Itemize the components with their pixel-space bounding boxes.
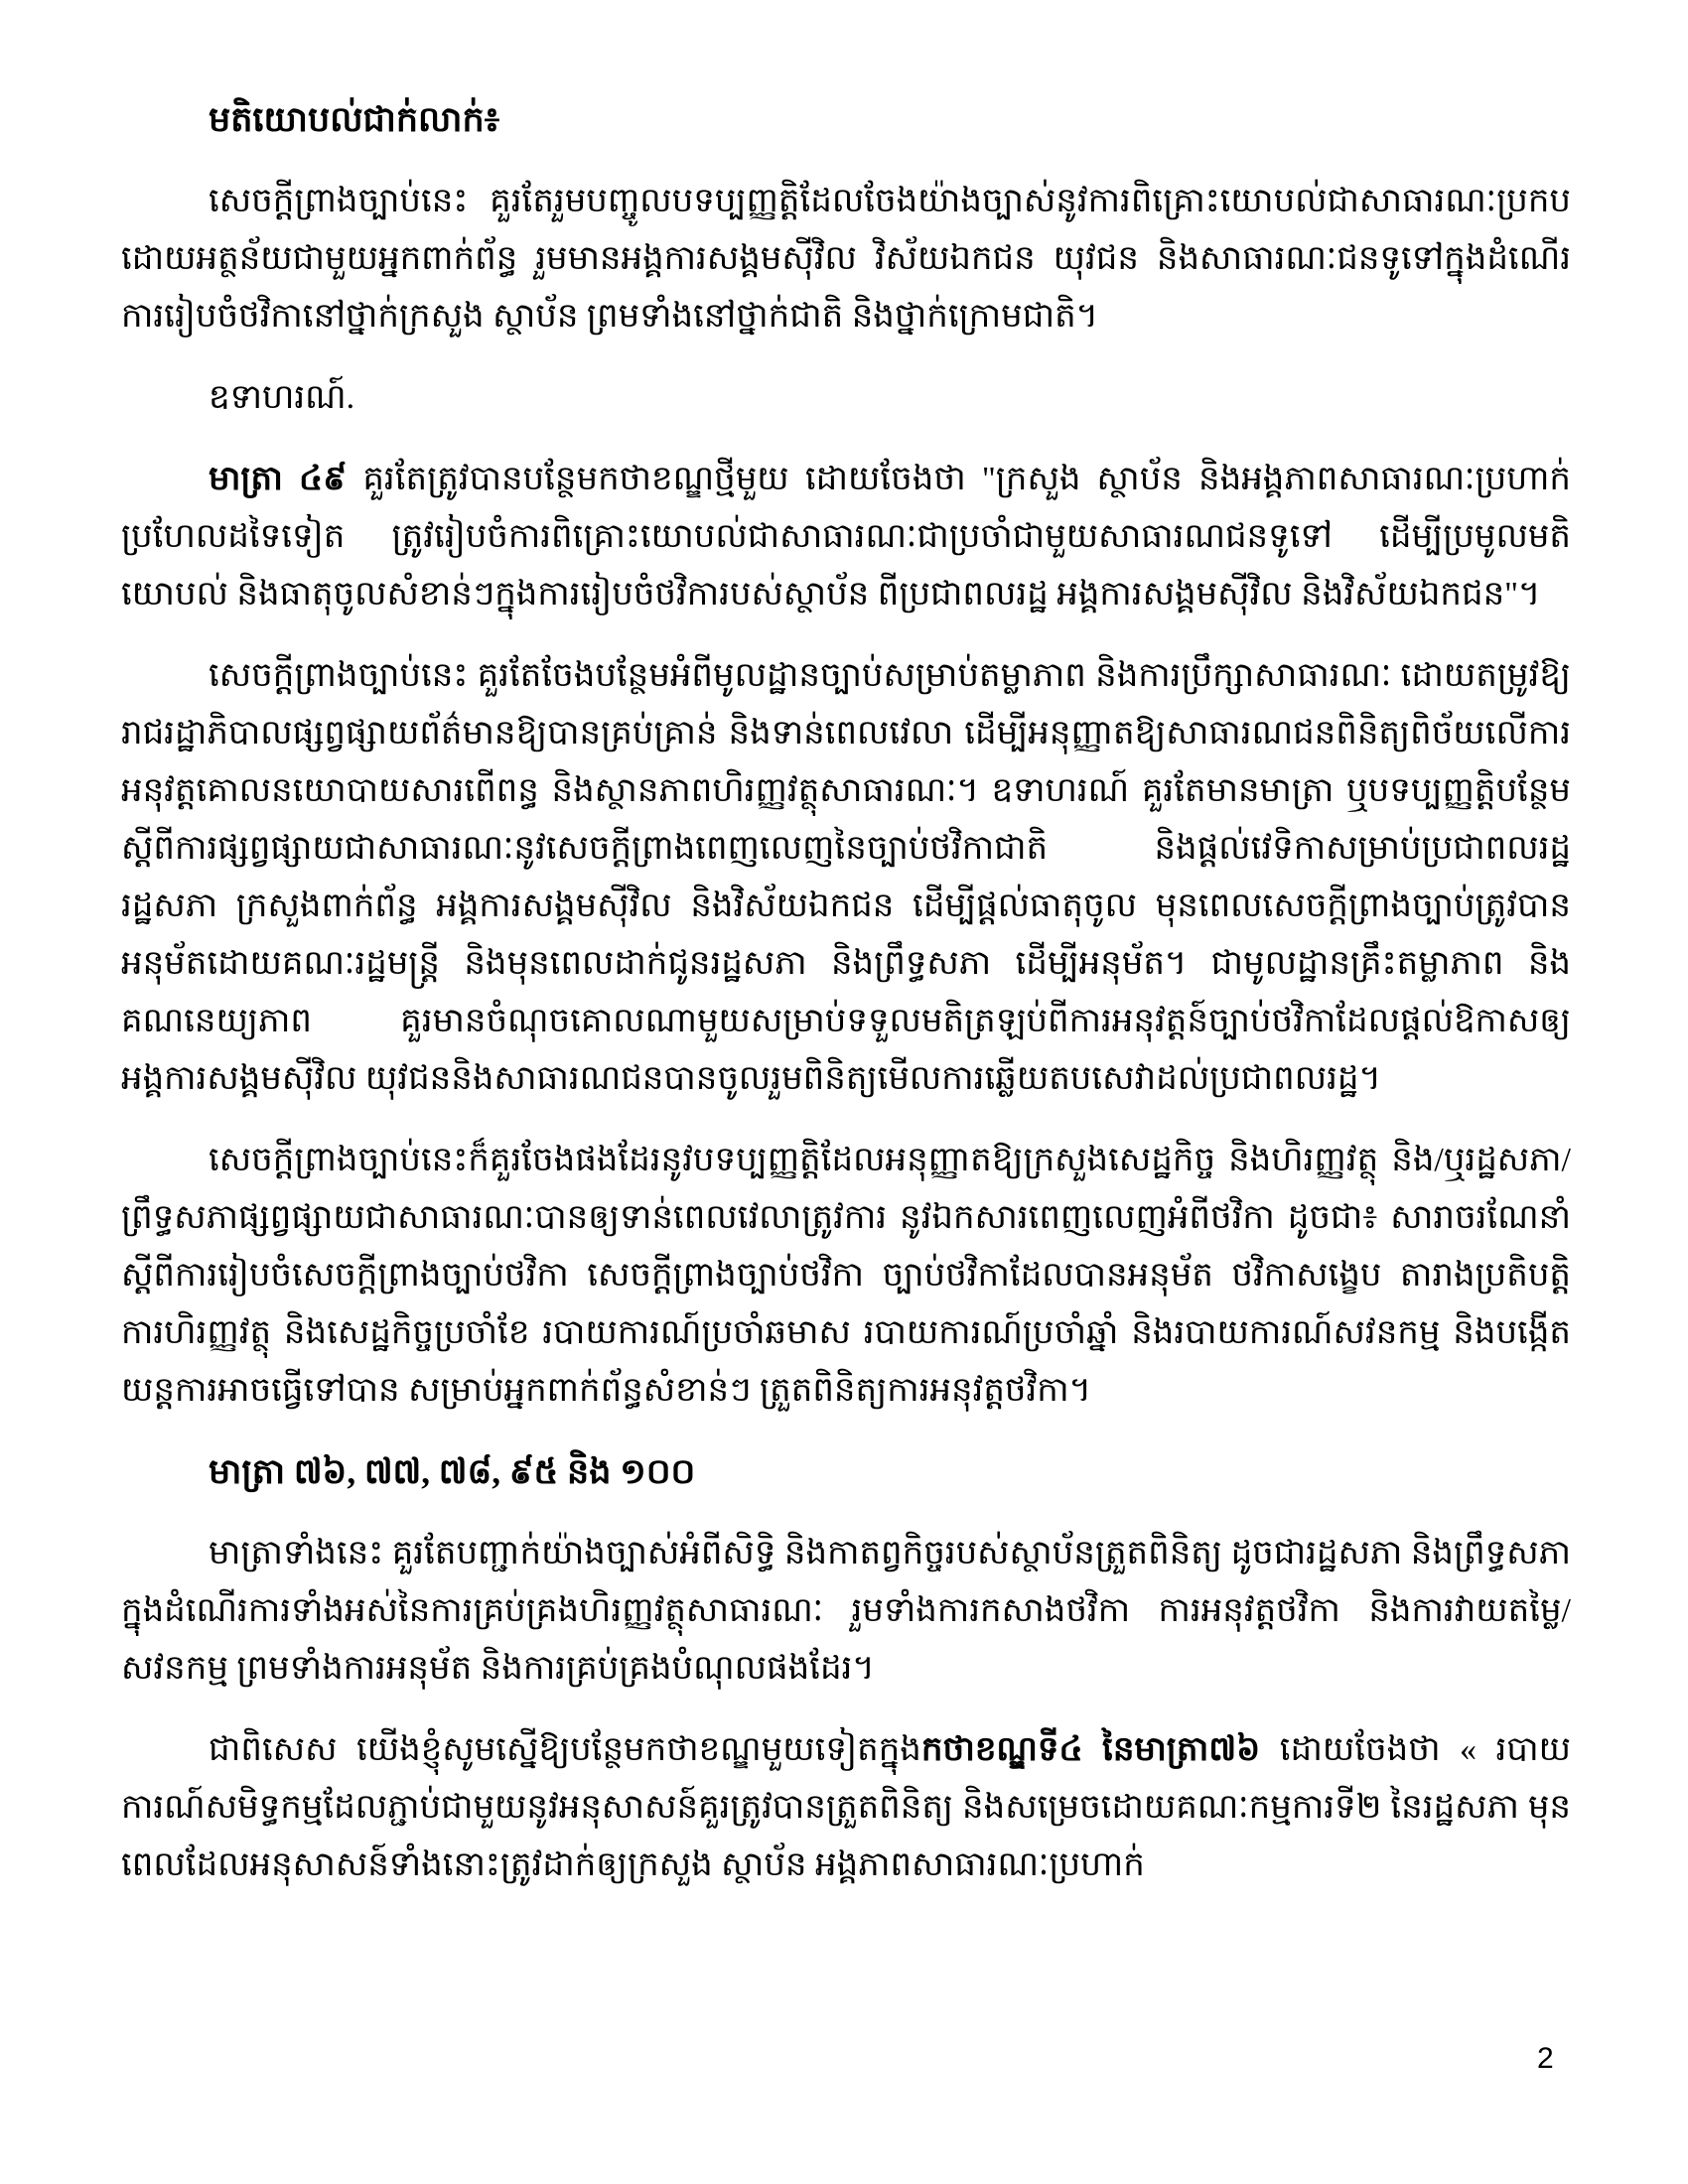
paragraph-example-label: ឧទាហរណ៍. bbox=[121, 369, 1571, 427]
paragraph-article-76-lead: ជាពិសេស យើងខ្ញុំសូមស្នើឱ្យបន្ថែមកថាខណ្ឌម… bbox=[209, 1731, 921, 1768]
page-number: 2 bbox=[1537, 2041, 1554, 2077]
paragraph-oversight-institutions: មាត្រាទាំងនេះ គួរតែបញ្ជាក់យ៉ាងច្បាស់អំពី… bbox=[121, 1525, 1571, 1698]
paragraph-article-49: មាត្រា ៤៩ គួរតែត្រូវបានបន្ថែមកថាខណ្ឌថ្មី… bbox=[121, 451, 1571, 623]
paragraph-budget-documents-publication: សេចក្តីព្រាងច្បាប់នេះក៏គួរចែងផងដែរនូវបទប… bbox=[121, 1132, 1571, 1420]
heading-specific-comments: មតិយោបល់ជាក់លាក់៖ bbox=[121, 91, 1571, 149]
heading-articles-76-77-78-95-100: មាត្រា ៧៦, ៧៧, ៧៨, ៩៥ និង ១០០ bbox=[121, 1443, 1571, 1501]
article-49-reference: មាត្រា ៤៩ bbox=[209, 461, 347, 497]
paragraph-public-consultation: សេចក្តីព្រាងច្បាប់នេះ គួរតែរួមបញ្ចូលបទប្… bbox=[121, 173, 1571, 345]
paragraph-article-76-addition: ជាពិសេស យើងខ្ញុំសូមស្នើឱ្យបន្ថែមកថាខណ្ឌម… bbox=[121, 1721, 1571, 1894]
paragraph-transparency-legal-basis: សេចក្តីព្រាងច្បាប់នេះ គួរតែចែងបន្ថែមអំពី… bbox=[121, 647, 1571, 1108]
document-page: មតិយោបល់ជាក់លាក់៖ សេចក្តីព្រាងច្បាប់នេះ … bbox=[0, 0, 1688, 2184]
document-body: មតិយោបល់ជាក់លាក់៖ សេចក្តីព្រាងច្បាប់នេះ … bbox=[121, 91, 1571, 1918]
article-76-paragraph-4-reference: កថាខណ្ឌទី៤ នៃមាត្រា៧៦ bbox=[921, 1731, 1260, 1768]
